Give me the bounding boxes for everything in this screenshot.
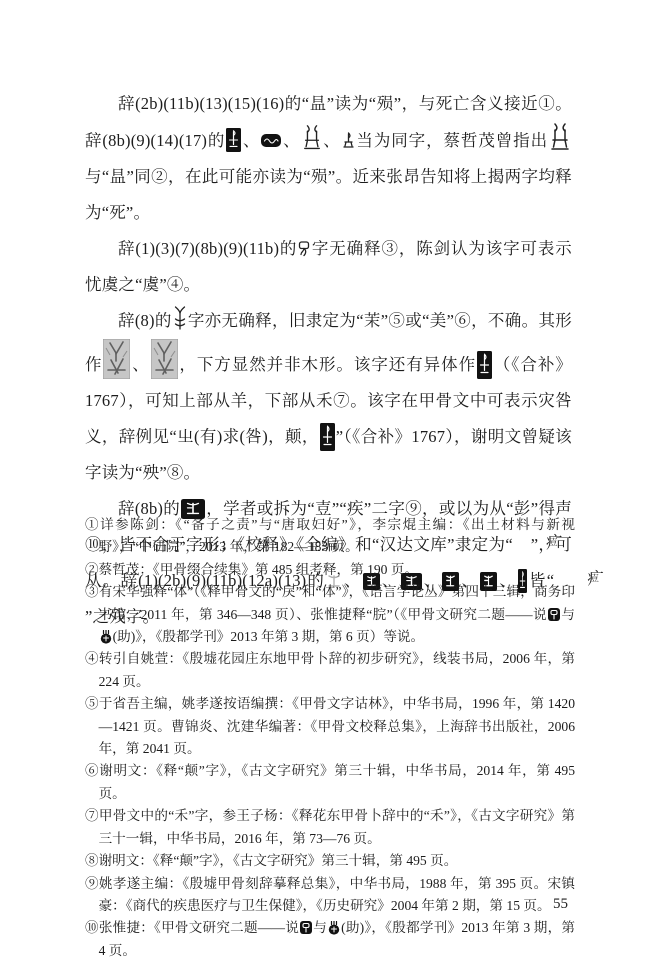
text-run: 谢明文：《释“颠”字》，《古文字研究》第三十辑，第 495 页。 bbox=[99, 853, 458, 868]
footnote: ⑧谢明文：《释“颠”字》，《古文字研究》第三十辑，第 495 页。 bbox=[85, 850, 575, 872]
text-run: 转引自姚萱：《殷墟花园庄东地甲骨卜辞的初步研究》，线装书局，2006 年，第 2… bbox=[99, 651, 575, 688]
footnote: ⑤于省吾主编，姚孝遂按语编撰：《甲骨文字诂林》，中华书局，1996 年，第 14… bbox=[85, 693, 575, 760]
footnote-marker: ⑤ bbox=[85, 696, 99, 711]
text-run: 、 bbox=[242, 131, 260, 150]
text-run: 辞(8)的 bbox=[118, 311, 172, 330]
footnote-marker: ⑦ bbox=[85, 808, 99, 823]
text-run: 甲骨文中的“禾”字，参王子杨：《释花东甲骨卜辞中的“禾”》，《古文字研究》第三十… bbox=[99, 808, 575, 845]
footnote: ⑨姚孝遂主编：《殷墟甲骨刻辞摹释总集》，中华书局，1988 年，第 395 页。… bbox=[85, 873, 575, 918]
footnote-marker: ⑥ bbox=[85, 763, 99, 778]
footnote: ②蔡哲茂：《甲骨缀合续集》第 485 组考释，第 190 页。 bbox=[85, 559, 575, 581]
text-run: ，下方显然并非木形。该字还有异体作 bbox=[179, 355, 476, 374]
footnote-marker: ③ bbox=[85, 584, 99, 599]
footnote: ③有宋华强释“体”（《释甲骨文的“戾”和“体”》，《语言学论丛》第四十三辑，商务… bbox=[85, 581, 575, 648]
oracle-glyph-drawing bbox=[298, 241, 310, 257]
text-run: 、 bbox=[323, 131, 341, 150]
oracle-glyph-rubbing bbox=[320, 423, 335, 451]
text-run: 当为同字，蔡哲茂曾指出 bbox=[356, 131, 548, 150]
text-run: 、 bbox=[282, 131, 300, 150]
footnote-marker: ① bbox=[85, 517, 100, 532]
footnote: ④转引自姚萱：《殷墟花园庄东地甲骨卜辞的初步研究》，线装书局，2006 年，第 … bbox=[85, 648, 575, 693]
oracle-glyph-rubbing bbox=[548, 608, 560, 621]
footnote: ⑥谢明文：《释“颠”字》，《古文字研究》第三十辑，中华书局，2014 年，第 4… bbox=[85, 760, 575, 805]
oracle-glyph-drawing bbox=[549, 122, 571, 153]
footnote-marker: ⑧ bbox=[85, 853, 99, 868]
footnote-marker: ④ bbox=[85, 651, 99, 666]
oracle-glyph-rubbing bbox=[226, 128, 241, 152]
oracle-glyph-rubbing bbox=[300, 921, 312, 934]
footnote: ①详参陈剑：《“备子之责”与“唐取妇好”》，李宗焜主编：《出土材料与新视野》，“… bbox=[85, 514, 575, 559]
text-run: 于省吾主编，姚孝遂按语编撰：《甲骨文字诂林》，中华书局，1996 年，第 142… bbox=[99, 696, 575, 756]
oracle-glyph-rubbing bbox=[100, 630, 112, 644]
oracle-glyph-rubbing bbox=[477, 351, 492, 379]
paragraph: 辞(1)(3)(7)(8b)(9)(11b)的字无确释③，陈剑认为该字可表示忧虞… bbox=[85, 231, 572, 303]
footnotes: ①详参陈剑：《“备子之责”与“唐取妇好”》，李宗焜主编：《出土材料与新视野》，“… bbox=[85, 514, 575, 962]
footnote: ⑦甲骨文中的“禾”字，参王子杨：《释花东甲骨卜辞中的“禾”》，《古文字研究》第三… bbox=[85, 805, 575, 850]
text-run: 与 bbox=[561, 607, 575, 622]
paragraph: 辞(8)的字亦无确释，旧隶定为“茉”⑤或“美”⑥，不确。其形作、，下方显然并非木… bbox=[85, 303, 572, 491]
oracle-glyph-photo bbox=[103, 339, 130, 379]
oracle-glyph-photo bbox=[151, 339, 178, 379]
text-run: 与“昷”同②，在此可能亦读为“殒”。近来张昂告知将上揭两字均释为“死”。 bbox=[85, 167, 572, 222]
text-run: 张惟捷：《甲骨文研究二题——说 bbox=[99, 920, 299, 935]
text-run: 有宋华强释“体”（《释甲骨文的“戾”和“体”》，《语言学论丛》第四十三辑，商务印… bbox=[99, 584, 575, 621]
footnote-marker: ⑨ bbox=[85, 876, 99, 891]
text-run: 详参陈剑：《“备子之责”与“唐取妇好”》，李宗焜主编：《出土材料与新视野》，“中… bbox=[99, 517, 575, 554]
oracle-glyph-rubbing bbox=[261, 134, 281, 147]
footnote-marker: ⑩ bbox=[85, 920, 99, 935]
oracle-glyph-drawing bbox=[342, 132, 355, 149]
text-run: 谢明文：《释“颠”字》，《古文字研究》第三十辑，中华书局，2014 年，第 49… bbox=[99, 763, 575, 800]
text-run: 蔡哲茂：《甲骨缀合续集》第 485 组考释，第 190 页。 bbox=[99, 562, 418, 577]
text-run: (助)》，《殷都学刊》2013 年第 3 期，第 6 页）等说。 bbox=[113, 629, 425, 644]
text-run: 姚孝遂主编：《殷墟甲骨刻辞摹释总集》，中华书局，1988 年，第 395 页。宋… bbox=[99, 876, 575, 913]
oracle-glyph-drawing bbox=[173, 306, 187, 332]
page-number: 55 bbox=[553, 896, 568, 913]
text-run: 辞(1)(3)(7)(8b)(9)(11b)的 bbox=[118, 239, 297, 258]
paragraph: 辞(2b)(11b)(13)(15)(16)的“昷”读为“殒”，与死亡含义接近①… bbox=[85, 86, 572, 231]
oracle-glyph-rubbing bbox=[328, 921, 340, 935]
text-run: 与 bbox=[313, 920, 327, 935]
page: 辞(2b)(11b)(13)(15)(16)的“昷”读为“殒”，与死亡含义接近①… bbox=[0, 0, 650, 973]
oracle-glyph-drawing bbox=[302, 124, 322, 152]
footnote: ⑩张惟捷：《甲骨文研究二题——说与(助)》，《殷都学刊》2013 年第 3 期，… bbox=[85, 917, 575, 962]
text-run: 、 bbox=[131, 355, 149, 374]
footnote-marker: ② bbox=[85, 562, 99, 577]
